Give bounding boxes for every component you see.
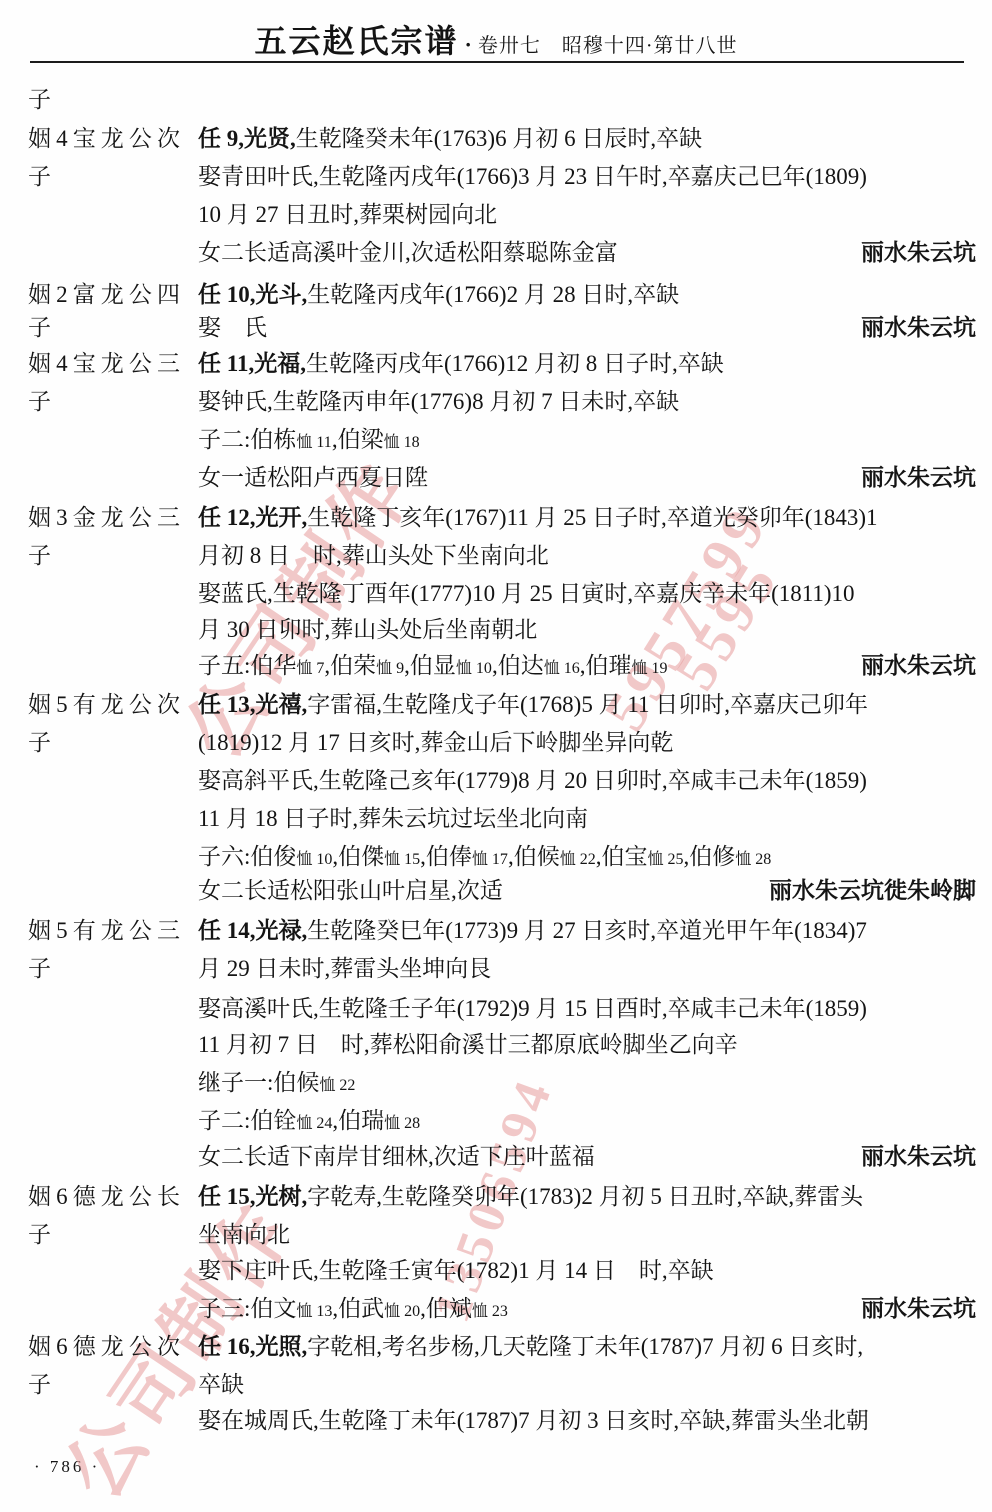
records-layer: 子姻4宝龙公次任 9,光贤,生乾隆癸未年(1763)6 月初 6 日辰时,卒缺子… — [0, 0, 992, 1512]
margin-label-char: 5 — [56, 917, 68, 944]
residence-label: 丽水朱云坑 — [861, 464, 976, 491]
margin-label-char: 三 — [157, 504, 180, 531]
record-line: 任 15,光树,字乾寿,生乾隆癸卯年(1783)2 月初 5 日丑时,卒缺,葬雷… — [198, 1183, 976, 1210]
margin-label-char: 4 — [56, 125, 68, 152]
record-text: 子三:伯文 — [198, 1296, 296, 1321]
record-text: 娶在城周氏,生乾隆丁未年(1787)7 月初 3 日亥时,卒缺,葬雷头坐北朝 — [198, 1408, 869, 1433]
margin-label: 姻5有龙公三 — [28, 917, 180, 944]
record-text: 继子一:伯候 — [198, 1070, 319, 1095]
record-text: 娶 氏 — [198, 315, 267, 340]
record-line: 娶 氏丽水朱云坑 — [198, 314, 976, 341]
record-text: 女二长适松阳张山叶启星,次适 — [198, 878, 503, 903]
margin-label-char: 长 — [157, 1183, 180, 1210]
record-line: 任 14,光禄,生乾隆癸巳年(1773)9 月 27 日亥时,卒道光甲午年(18… — [198, 917, 976, 944]
margin-label-char: 公 — [129, 917, 152, 944]
margin-label-char: 四 — [157, 281, 180, 308]
margin-label-char: 龙 — [101, 691, 124, 718]
margin-label-char: 德 — [73, 1183, 96, 1210]
record-line: 娶蓝氏,生乾隆丁酉年(1777)10 月 25 日寅时,卒嘉庆辛未年(1811)… — [198, 580, 976, 607]
record-line: 任 13,光禧,字雷福,生乾隆戊子年(1768)5 月 11 日卯时,卒嘉庆己卯… — [198, 691, 976, 718]
margin-label: 姻5有龙公次 — [28, 691, 180, 718]
margin-label-char: 姻 — [28, 1333, 51, 1360]
margin-label-char: 龙 — [101, 917, 124, 944]
record-text: 娶钟氏,生乾隆丙申年(1776)8 月初 7 日未时,卒缺 — [198, 389, 679, 414]
margin-label: 姻4宝龙公三 — [28, 350, 180, 377]
record-text: 字雷福,生乾隆戊子年(1768)5 月 11 日卯时,卒嘉庆己卯年 — [307, 692, 868, 717]
record-text: 月初 8 日 时,葬山头处下坐南向北 — [198, 543, 549, 568]
margin-label-char: 6 — [56, 1183, 68, 1210]
record-text: 任 12,光开, — [198, 505, 307, 530]
margin-label-char: 子 — [28, 1372, 51, 1397]
record-text: 任 14,光禄, — [198, 918, 307, 943]
record-text: ,伯宝 — [596, 844, 648, 869]
rank-annotation: 恤 18 — [384, 434, 420, 451]
record-line: 子二:伯栋恤 11,伯梁恤 18 — [198, 426, 976, 456]
record-text: ,伯显 — [404, 653, 456, 678]
record-text: 月 29 日未时,葬雷头坐坤向艮 — [198, 956, 491, 981]
rank-annotation: 恤 20 — [384, 1303, 420, 1320]
margin-label-char: 宝 — [73, 350, 96, 377]
margin-label-char: 有 — [73, 917, 96, 944]
margin-label: 子 — [28, 955, 180, 982]
record-text: 任 15,光树, — [198, 1184, 307, 1209]
record-line: 11 月初 7 日 时,葬松阳俞溪廿三都原底岭脚坐乙向辛 — [198, 1031, 976, 1058]
record-line: 娶青田叶氏,生乾隆丙戌年(1766)3 月 23 日午时,卒嘉庆己巳年(1809… — [198, 163, 976, 190]
record-text: 11 月初 7 日 时,葬松阳俞溪廿三都原底岭脚坐乙向辛 — [198, 1032, 738, 1057]
margin-label-char: 子 — [28, 1222, 51, 1247]
margin-label-char: 子 — [28, 389, 51, 414]
margin-label-char: 姻 — [28, 691, 51, 718]
margin-label-char: 有 — [73, 691, 96, 718]
residence-label: 丽水朱云坑 — [861, 1295, 976, 1322]
margin-label-char: 龙 — [101, 350, 124, 377]
record-text: 卒缺 — [198, 1372, 244, 1397]
margin-label: 姻4宝龙公次 — [28, 125, 180, 152]
margin-label-char: 金 — [73, 504, 96, 531]
record-text: 生乾隆癸未年(1763)6 月初 6 日辰时,卒缺 — [296, 126, 702, 151]
record-text: 娶青田叶氏,生乾隆丙戌年(1766)3 月 23 日午时,卒嘉庆己巳年(1809… — [198, 164, 867, 189]
record-line: 娶高溪叶氏,生乾隆壬子年(1792)9 月 15 日酉时,卒咸丰己未年(1859… — [198, 995, 976, 1022]
margin-label: 姻6德龙公次 — [28, 1333, 180, 1360]
margin-label: 姻6德龙公长 — [28, 1183, 180, 1210]
record-text: 娶下庄叶氏,生乾隆壬寅年(1782)1 月 14 日 时,卒缺 — [198, 1258, 714, 1283]
margin-label-char: 三 — [157, 917, 180, 944]
record-text: 生乾隆丙戌年(1766)2 月 28 日时,卒缺 — [307, 282, 679, 307]
margin-label-char: 3 — [56, 504, 68, 531]
margin-label: 子 — [28, 388, 180, 415]
margin-label: 子 — [28, 729, 180, 756]
record-line: 娶在城周氏,生乾隆丁未年(1787)7 月初 3 日亥时,卒缺,葬雷头坐北朝 — [198, 1407, 976, 1434]
record-line: 月初 8 日 时,葬山头处下坐南向北 — [198, 542, 976, 569]
record-line: 子三:伯文恤 13,伯武恤 20,伯斌恤 23丽水朱云坑 — [198, 1295, 976, 1325]
record-text: 子二:伯栋 — [198, 427, 296, 452]
residence-label: 丽水朱云坑徙朱岭脚 — [769, 877, 976, 904]
record-text: 任 16,光照, — [198, 1334, 307, 1359]
record-text: 任 11,光福, — [198, 351, 306, 376]
margin-label-char: 龙 — [101, 125, 124, 152]
record-text: ,伯瑞 — [332, 1108, 384, 1133]
rank-annotation: 恤 28 — [735, 851, 771, 868]
residence-label: 丽水朱云坑 — [861, 314, 976, 341]
rank-annotation: 恤 15 — [384, 851, 420, 868]
rank-annotation: 恤 25 — [647, 851, 683, 868]
margin-label-char: 次 — [157, 1333, 180, 1360]
record-text: ,伯武 — [332, 1296, 384, 1321]
margin-label-char: 龙 — [101, 281, 124, 308]
record-line: 任 9,光贤,生乾隆癸未年(1763)6 月初 6 日辰时,卒缺 — [198, 125, 976, 152]
margin-label-char: 公 — [129, 281, 152, 308]
margin-label-char: 子 — [28, 315, 51, 340]
margin-label-char: 4 — [56, 350, 68, 377]
record-text: 娶蓝氏,生乾隆丁酉年(1777)10 月 25 日寅时,卒嘉庆辛未年(1811)… — [198, 581, 855, 606]
margin-label-char: 次 — [157, 691, 180, 718]
residence-label: 丽水朱云坑 — [861, 1143, 976, 1170]
record-text: 月 30 日卯时,葬山头处后坐南朝北 — [198, 617, 537, 642]
margin-label-char: 三 — [157, 350, 180, 377]
record-text: 任 9,光贤, — [198, 126, 296, 151]
rank-annotation: 恤 10 — [296, 851, 332, 868]
record-text: 生乾隆丙戌年(1766)12 月初 8 日子时,卒缺 — [306, 351, 724, 376]
margin-label-char: 龙 — [101, 1333, 124, 1360]
record-line: (1819)12 月 17 日亥时,葬金山后下岭脚坐异向乾 — [198, 729, 976, 756]
record-line: 11 月 18 日子时,葬朱云坑过坛坐北向南 — [198, 805, 976, 832]
rank-annotation: 恤 17 — [472, 851, 508, 868]
margin-label-char: 姻 — [28, 917, 51, 944]
margin-label-char: 公 — [129, 691, 152, 718]
record-text: 任 10,光斗, — [198, 282, 307, 307]
record-text: ,伯达 — [492, 653, 544, 678]
margin-label-char: 公 — [129, 125, 152, 152]
record-text: ,伯傑 — [332, 844, 384, 869]
record-line: 子二:伯铨恤 24,伯瑞恤 28 — [198, 1107, 976, 1137]
record-text: 娶高斜平氏,生乾隆己亥年(1779)8 月 20 日卯时,卒咸丰己未年(1859… — [198, 768, 867, 793]
rank-annotation: 恤 19 — [631, 660, 667, 677]
rank-annotation: 恤 23 — [472, 1303, 508, 1320]
record-text: 子六:伯俊 — [198, 844, 296, 869]
margin-label: 子 — [28, 163, 180, 190]
record-text: ,伯璀 — [580, 653, 632, 678]
record-line: 女二长适下南岸甘细林,次适下庄叶蓝福丽水朱云坑 — [198, 1143, 976, 1170]
margin-label-char: 姻 — [28, 125, 51, 152]
record-line: 娶下庄叶氏,生乾隆壬寅年(1782)1 月 14 日 时,卒缺 — [198, 1257, 976, 1284]
margin-label-char: 子 — [28, 164, 51, 189]
rank-annotation: 恤 28 — [384, 1115, 420, 1132]
record-line: 娶高斜平氏,生乾隆己亥年(1779)8 月 20 日卯时,卒咸丰己未年(1859… — [198, 767, 976, 794]
margin-label-char: 龙 — [101, 504, 124, 531]
margin-label-char: 公 — [129, 504, 152, 531]
record-line: 坐南向北 — [198, 1221, 976, 1248]
record-text: 子五:伯华 — [198, 653, 296, 678]
margin-label-char: 公 — [129, 1333, 152, 1360]
record-line: 月 29 日未时,葬雷头坐坤向艮 — [198, 955, 976, 982]
margin-label-char: 公 — [129, 1183, 152, 1210]
record-line: 10 月 27 日丑时,葬栗树园向北 — [198, 201, 976, 228]
record-text: ,伯俸 — [420, 844, 472, 869]
margin-label-char: 子 — [28, 87, 51, 112]
record-text: 任 13,光禧, — [198, 692, 307, 717]
margin-label-char: 次 — [157, 125, 180, 152]
record-text: ,伯候 — [508, 844, 560, 869]
record-line: 女二长适高溪叶金川,次适松阳蔡聪陈金富丽水朱云坑 — [198, 239, 976, 266]
margin-label-char: 子 — [28, 543, 51, 568]
record-text: 女二长适高溪叶金川,次适松阳蔡聪陈金富 — [198, 240, 618, 265]
margin-label-char: 姻 — [28, 1183, 51, 1210]
margin-label-char: 5 — [56, 691, 68, 718]
record-text: ,伯斌 — [420, 1296, 472, 1321]
record-line: 任 10,光斗,生乾隆丙戌年(1766)2 月 28 日时,卒缺 — [198, 281, 976, 308]
record-text: 10 月 27 日丑时,葬栗树园向北 — [198, 202, 497, 227]
rank-annotation: 恤 7 — [296, 660, 324, 677]
margin-label: 子 — [28, 1221, 180, 1248]
margin-label-char: 子 — [28, 730, 51, 755]
record-text: 女二长适下南岸甘细林,次适下庄叶蓝福 — [198, 1144, 595, 1169]
record-text: ,伯梁 — [332, 427, 384, 452]
record-line: 卒缺 — [198, 1371, 976, 1398]
rank-annotation: 恤 22 — [560, 851, 596, 868]
margin-label-char: 姻 — [28, 281, 51, 308]
margin-label: 子 — [28, 1371, 180, 1398]
margin-label-char: 姻 — [28, 350, 51, 377]
record-text: 生乾隆丁亥年(1767)11 月 25 日子时,卒道光癸卯年(1843)1 — [307, 505, 877, 530]
record-line: 娶钟氏,生乾隆丙申年(1776)8 月初 7 日未时,卒缺 — [198, 388, 976, 415]
rank-annotation: 恤 10 — [456, 660, 492, 677]
record-line: 任 11,光福,生乾隆丙戌年(1766)12 月初 8 日子时,卒缺 — [198, 350, 976, 377]
residence-label: 丽水朱云坑 — [861, 239, 976, 266]
rank-annotation: 恤 9 — [376, 660, 404, 677]
rank-annotation: 恤 24 — [296, 1115, 332, 1132]
margin-label: 姻2富龙公四 — [28, 281, 180, 308]
margin-label: 姻3金龙公三 — [28, 504, 180, 531]
record-text: (1819)12 月 17 日亥时,葬金山后下岭脚坐异向乾 — [198, 730, 673, 755]
margin-label-char: 富 — [73, 281, 96, 308]
record-line: 子六:伯俊恤 10,伯傑恤 15,伯俸恤 17,伯候恤 22,伯宝恤 25,伯修… — [198, 843, 976, 873]
record-line: 任 16,光照,字乾相,考名步杨,几天乾隆丁未年(1787)7 月初 6 日亥时… — [198, 1333, 976, 1360]
margin-label-char: 公 — [129, 350, 152, 377]
record-line: 月 30 日卯时,葬山头处后坐南朝北 — [198, 616, 976, 643]
record-text: ,伯修 — [683, 844, 735, 869]
record-text: 女一适松阳卢西夏日陞 — [198, 465, 428, 490]
record-text: 11 月 18 日子时,葬朱云坑过坛坐北向南 — [198, 806, 588, 831]
genealogy-page: 五云赵氏宗谱·卷卅七 昭穆十四·第廿八世 公司制作595759955951350… — [0, 0, 992, 1512]
rank-annotation: 恤 22 — [319, 1077, 355, 1094]
record-line: 女二长适松阳张山叶启星,次适丽水朱云坑徙朱岭脚 — [198, 877, 976, 904]
margin-label-char: 姻 — [28, 504, 51, 531]
record-line: 女一适松阳卢西夏日陞丽水朱云坑 — [198, 464, 976, 491]
margin-label: 子 — [28, 314, 180, 341]
margin-label-char: 2 — [56, 281, 68, 308]
record-text: 字乾寿,生乾隆癸卯年(1783)2 月初 5 日丑时,卒缺,葬雷头 — [307, 1184, 863, 1209]
record-text: 子二:伯铨 — [198, 1108, 296, 1133]
rank-annotation: 恤 13 — [296, 1303, 332, 1320]
record-text: 娶高溪叶氏,生乾隆壬子年(1792)9 月 15 日酉时,卒咸丰己未年(1859… — [198, 996, 867, 1021]
margin-label-char: 德 — [73, 1333, 96, 1360]
margin-label-char: 宝 — [73, 125, 96, 152]
record-text: 生乾隆癸巳年(1773)9 月 27 日亥时,卒道光甲午年(1834)7 — [307, 918, 867, 943]
rank-annotation: 恤 16 — [544, 660, 580, 677]
margin-label: 子 — [28, 86, 180, 113]
record-text: ,伯荣 — [324, 653, 376, 678]
rank-annotation: 恤 11 — [296, 434, 331, 451]
record-line: 任 12,光开,生乾隆丁亥年(1767)11 月 25 日子时,卒道光癸卯年(1… — [198, 504, 976, 531]
record-line: 继子一:伯候恤 22 — [198, 1069, 976, 1099]
record-text: 字乾相,考名步杨,几天乾隆丁未年(1787)7 月初 6 日亥时, — [307, 1334, 863, 1359]
margin-label-char: 子 — [28, 956, 51, 981]
residence-label: 丽水朱云坑 — [861, 652, 976, 679]
margin-label-char: 6 — [56, 1333, 68, 1360]
record-text: 坐南向北 — [198, 1222, 290, 1247]
record-line: 子五:伯华恤 7,伯荣恤 9,伯显恤 10,伯达恤 16,伯璀恤 19丽水朱云坑 — [198, 652, 976, 682]
margin-label: 子 — [28, 542, 180, 569]
margin-label-char: 龙 — [101, 1183, 124, 1210]
